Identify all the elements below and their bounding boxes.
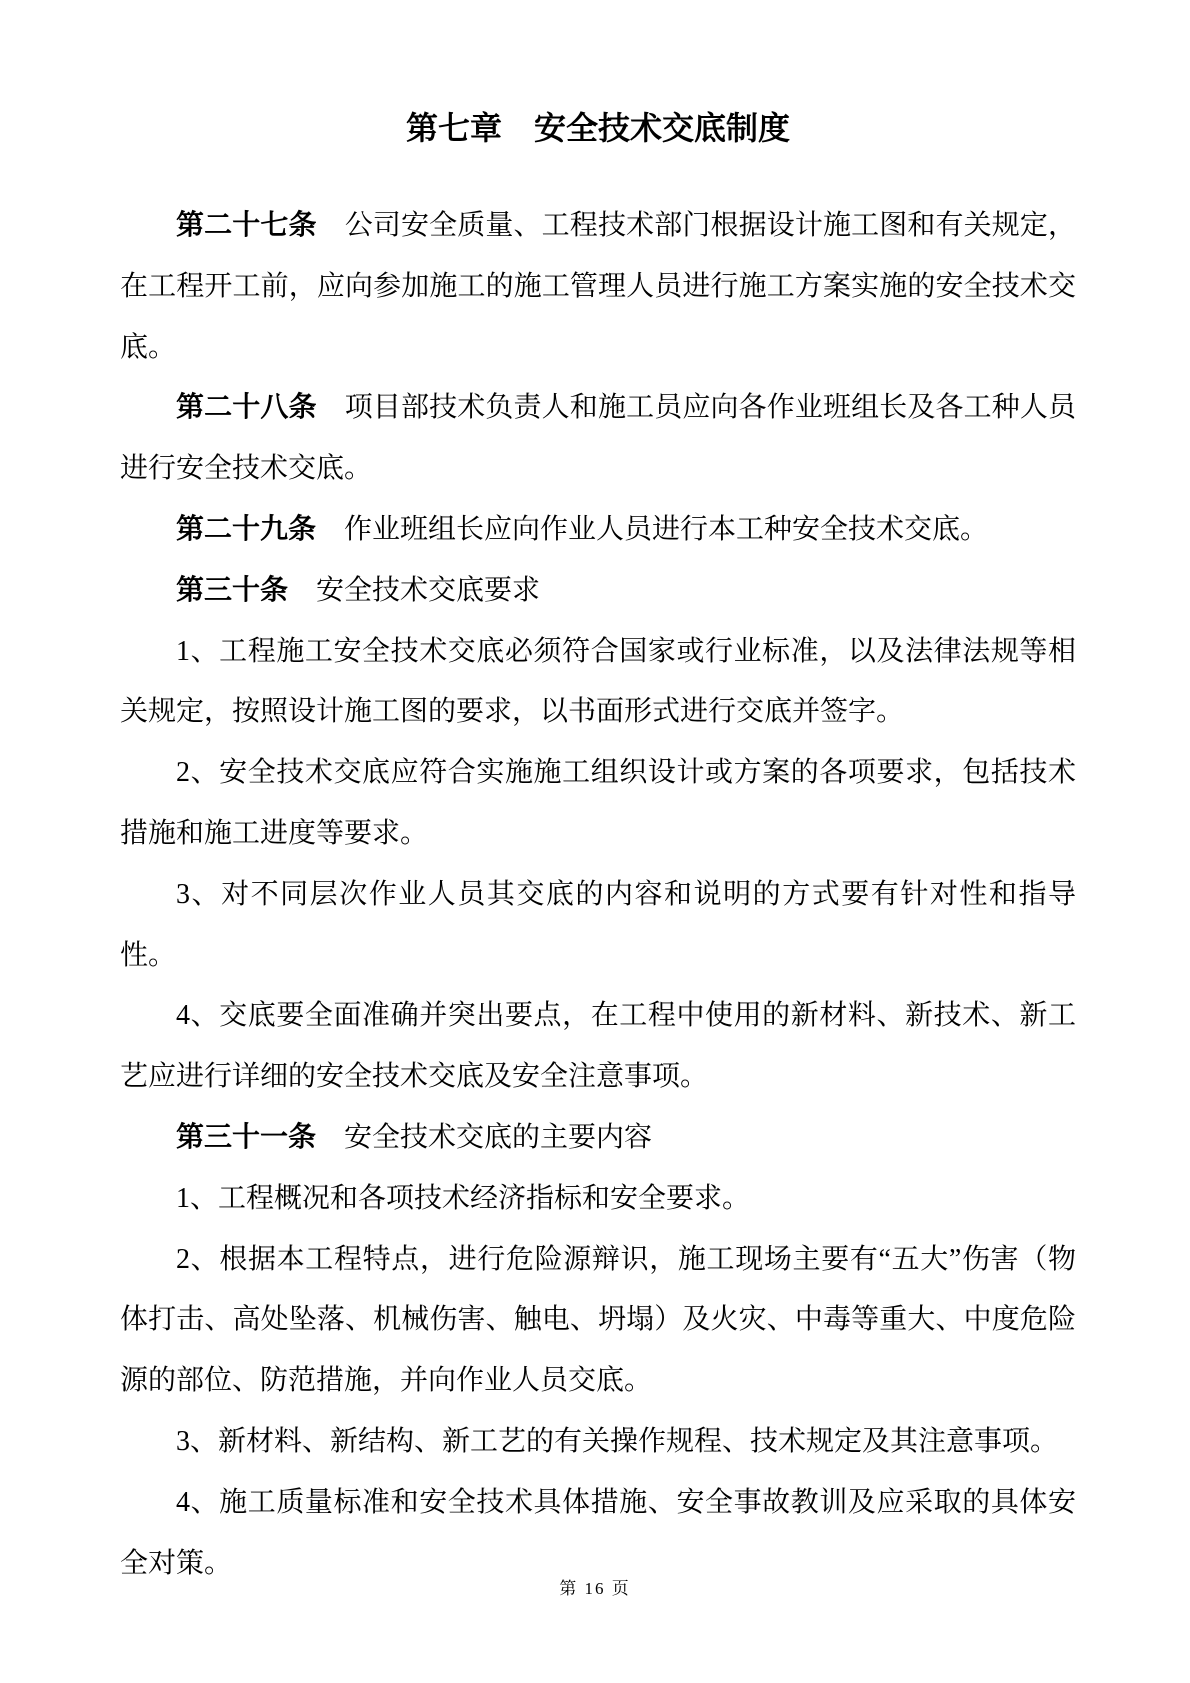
article-number: 第三十条 — [176, 575, 288, 606]
paragraph: 2、根据本工程特点，进行危险源辩识，施工现场主要有“五大”伤害（物体打击、高处坠… — [120, 1230, 1076, 1412]
paragraph: 3、新材料、新结构、新工艺的有关操作规程、技术规定及其注意事项。 — [120, 1412, 1076, 1473]
paragraph: 第二十八条 项目部技术负责人和施工员应向各作业班组长及各工种人员进行安全技术交底… — [120, 378, 1076, 500]
paragraph: 2、安全技术交底应符合实施施工组织设计或方案的各项要求，包括技术措施和施工进度等… — [120, 743, 1076, 865]
paragraph: 第二十七条 公司安全质量、工程技术部门根据设计施工图和有关规定，在工程开工前，应… — [120, 196, 1076, 378]
page-number: 第 16 页 — [559, 1579, 631, 1598]
paragraph: 第三十一条 安全技术交底的主要内容 — [120, 1108, 1076, 1169]
page-footer: 第 16 页 — [0, 1577, 1190, 1601]
paragraph: 3、对不同层次作业人员其交底的内容和说明的方式要有针对性和指导性。 — [120, 865, 1076, 987]
document-body: 第二十七条 公司安全质量、工程技术部门根据设计施工图和有关规定，在工程开工前，应… — [120, 196, 1076, 1594]
article-number: 第二十八条 — [176, 392, 317, 423]
paragraph: 1、工程概况和各项技术经济指标和安全要求。 — [120, 1169, 1076, 1230]
chapter-title: 第七章 安全技术交底制度 — [120, 97, 1076, 159]
paragraph: 4、交底要全面准确并突出要点，在工程中使用的新材料、新技术、新工艺应进行详细的安… — [120, 986, 1076, 1108]
article-number: 第二十九条 — [176, 514, 316, 545]
document-page: 第七章 安全技术交底制度 第二十七条 公司安全质量、工程技术部门根据设计施工图和… — [0, 0, 1190, 1683]
article-number: 第二十七条 — [176, 210, 317, 241]
paragraph: 第二十九条 作业班组长应向作业人员进行本工种安全技术交底。 — [120, 500, 1076, 561]
paragraph: 第三十条 安全技术交底要求 — [120, 561, 1076, 622]
article-number: 第三十一条 — [176, 1122, 316, 1153]
paragraph: 1、工程施工安全技术交底必须符合国家或行业标准，以及法律法规等相关规定，按照设计… — [120, 622, 1076, 744]
